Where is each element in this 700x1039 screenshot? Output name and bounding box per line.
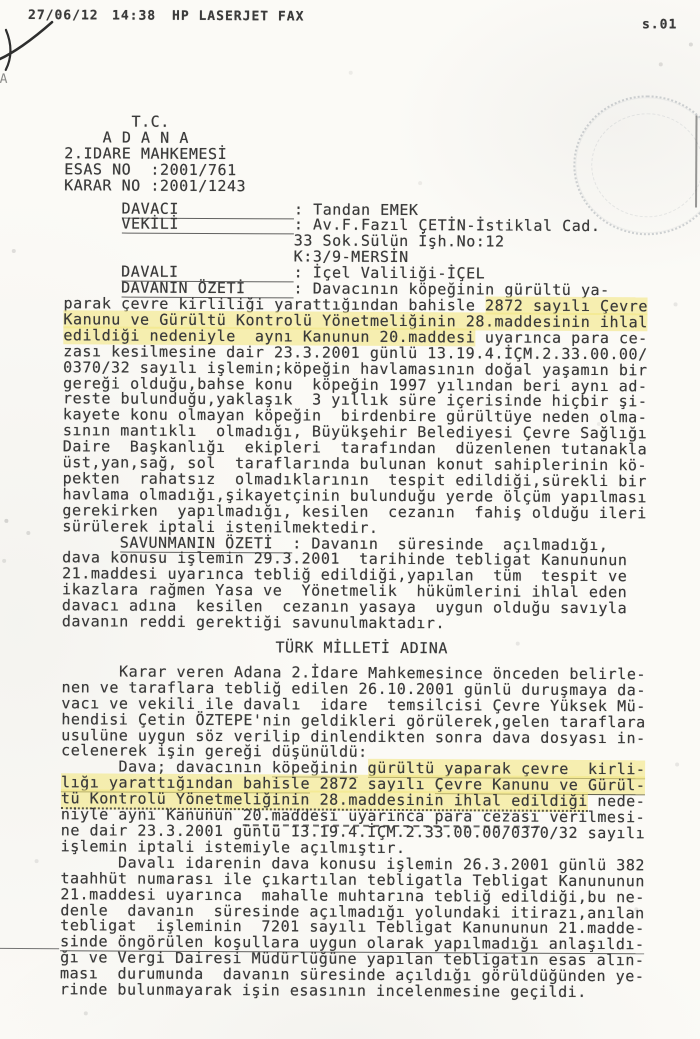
fax-page: 27/06/12 14:38 HP LASERJET FAX s.01 A T.… — [0, 0, 700, 1039]
doc-line: TÜRK MİLLETİ ADINA — [62, 639, 662, 658]
pen-mark-icon — [0, 14, 66, 74]
doc-line: KARAR NO :2001/1243 — [64, 178, 664, 197]
fax-device-label: HP LASERJET FAX — [172, 9, 304, 25]
doc-line: davanın reddi gerektiği savunulmaktadır. — [62, 614, 662, 633]
court-decision-document: T.C. A D A N A2.IDARE MAHKEMESİESAS NO :… — [60, 114, 665, 1001]
doc-text: KARAR NO :2001/1243 — [64, 176, 246, 195]
fax-time: 14:38 — [112, 8, 156, 23]
doc-text: TÜRK MİLLETİ ADINA — [275, 638, 448, 657]
margin-letter: A — [0, 72, 8, 87]
scan-noise — [0, 0, 2, 2]
doc-text: rinde bulunmayarak işin esasının incelen… — [60, 980, 587, 1001]
doc-line: rinde bulunmayarak işin esasının incelen… — [60, 982, 660, 1001]
fax-header: 27/06/12 14:38 HP LASERJET FAX s.01 — [0, 8, 700, 32]
fax-page-number: s.01 — [642, 17, 677, 32]
doc-text: davanın reddi gerektiği savunulmaktadır. — [62, 612, 445, 632]
